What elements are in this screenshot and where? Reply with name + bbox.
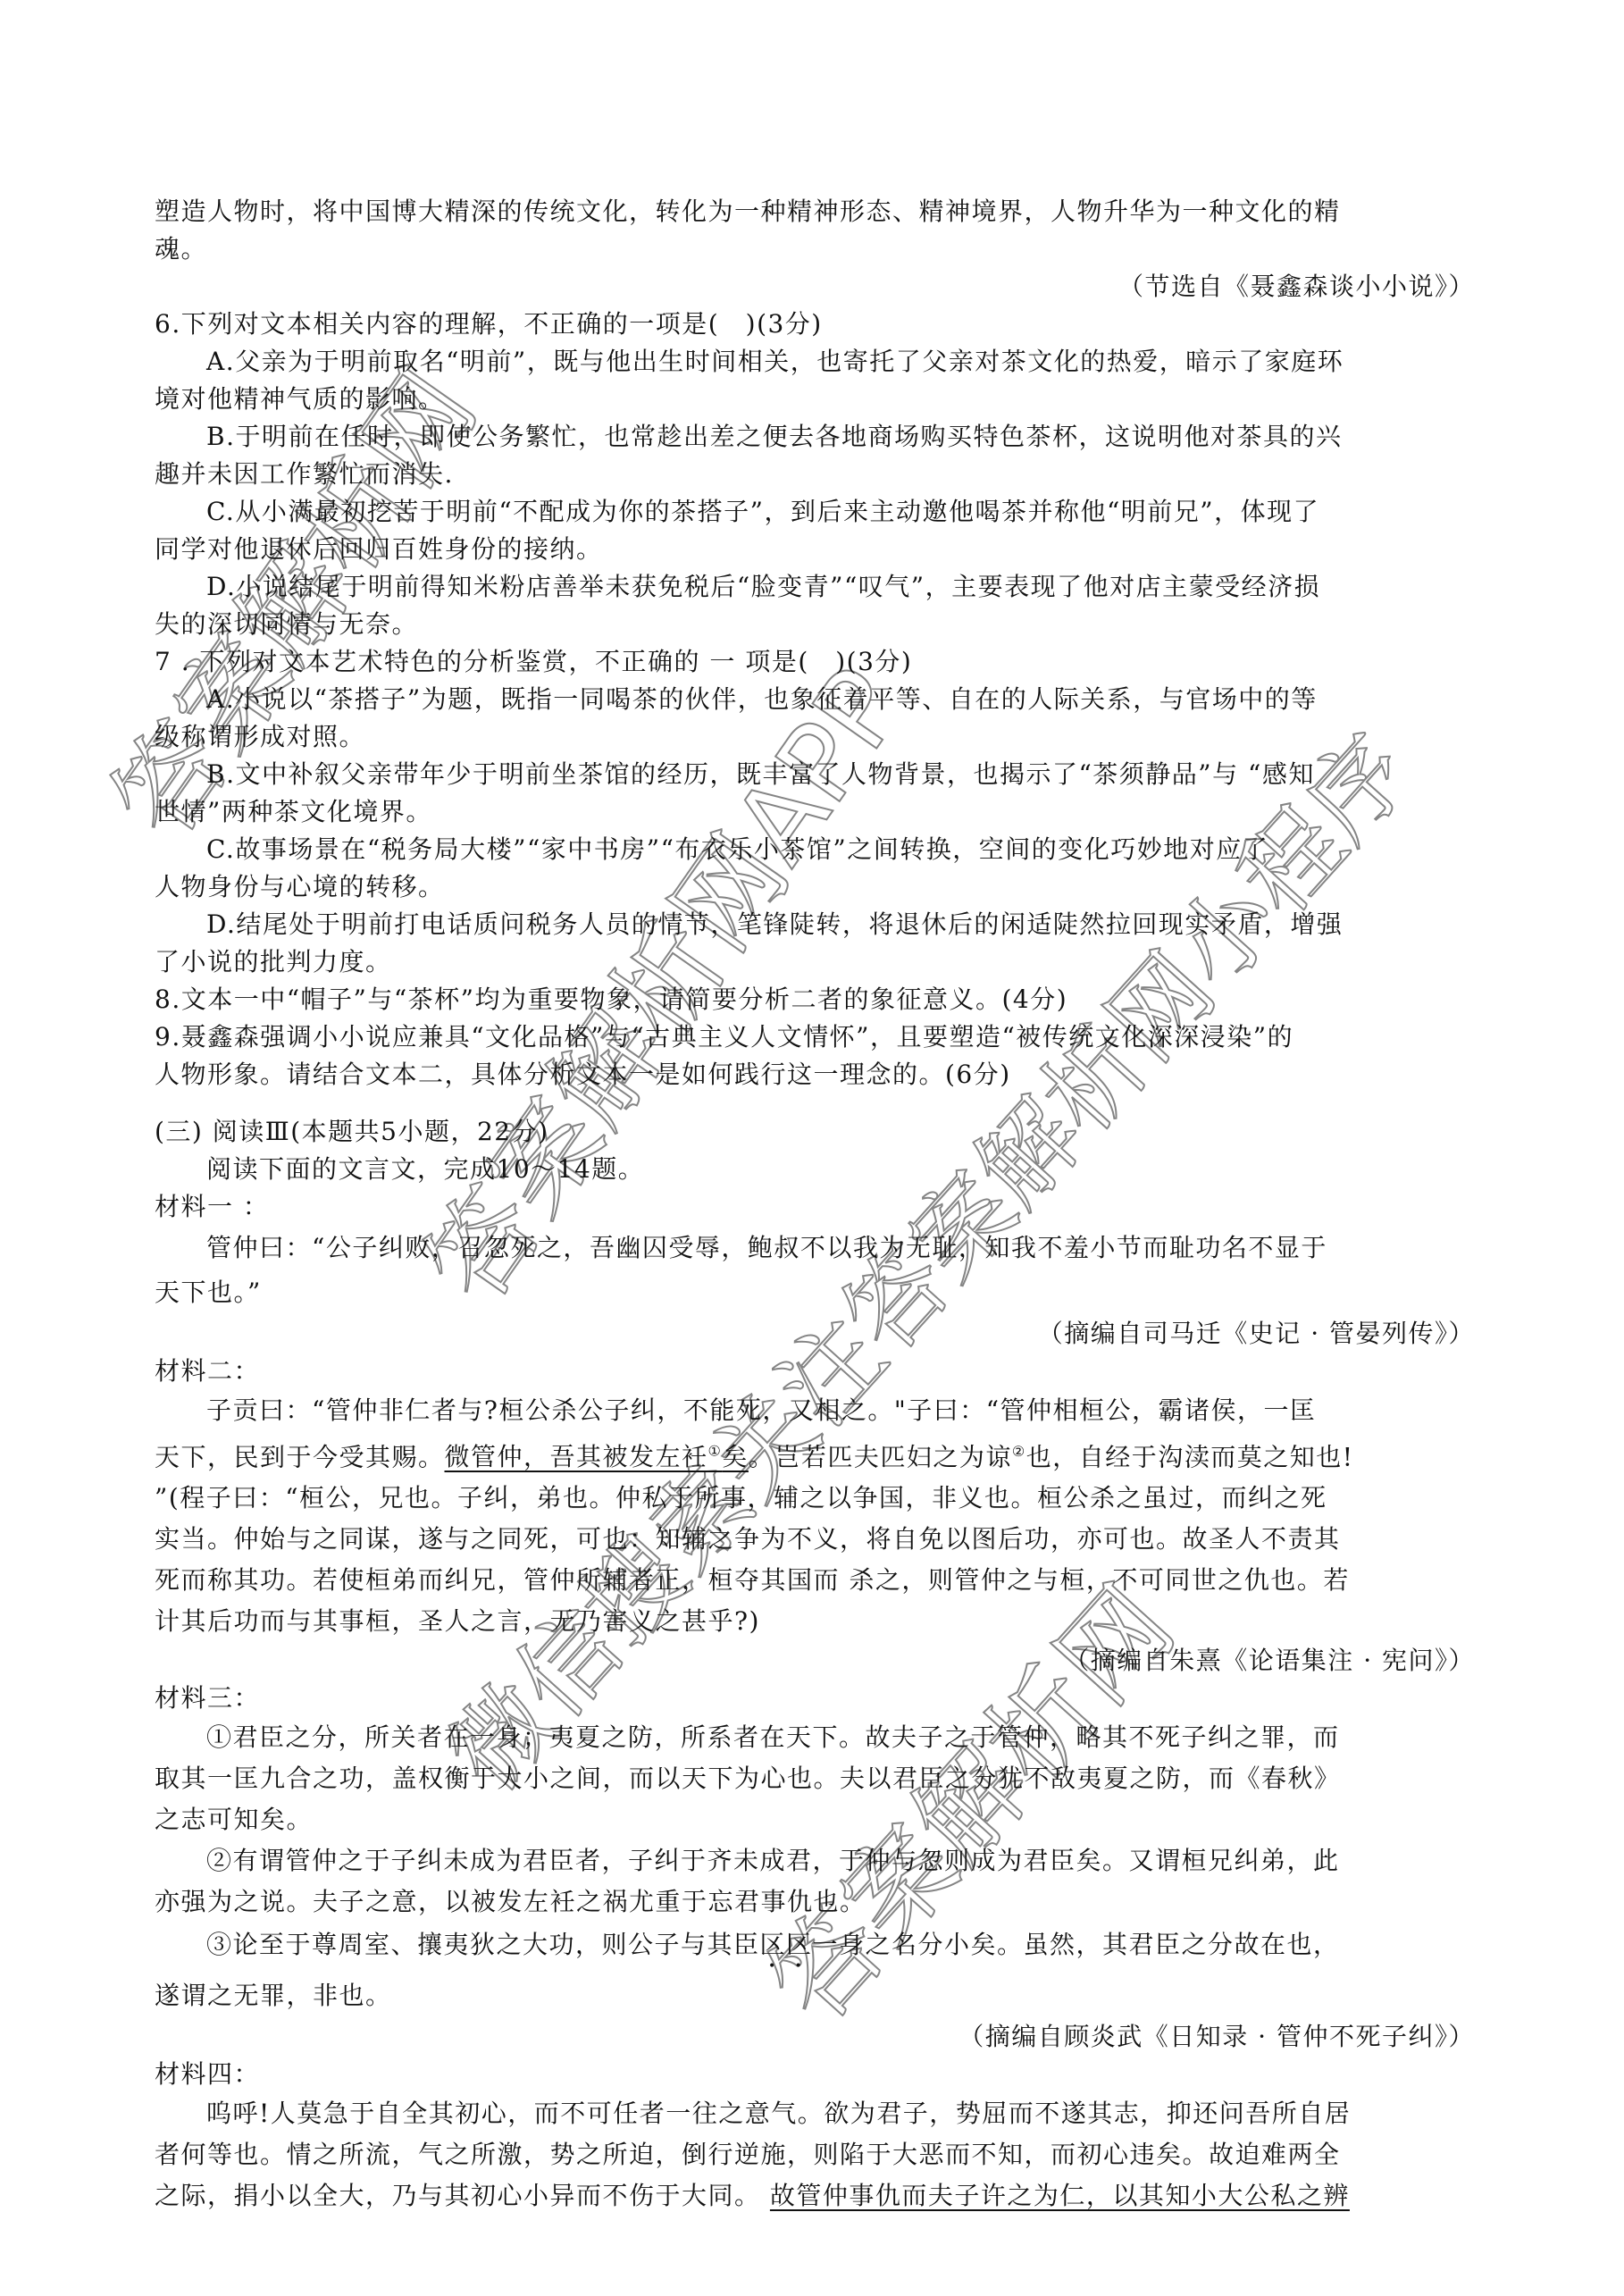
- body-text: 魂。: [155, 230, 1475, 268]
- section-3-title: (三) 阅读Ⅲ(本题共5小题，22分): [155, 1113, 1475, 1151]
- material-2-text: 实当。仲始与之同谋，遂与之同死，可也：知辅之争为不义，将自免以图后功，亦可也。故…: [155, 1519, 1475, 1560]
- source-citation: （摘编自司马迁《史记 · 管晏列传》）: [155, 1315, 1475, 1353]
- q7-option-d-cont: 了小说的批判力度。: [155, 943, 1475, 981]
- underlined-text: 故管仲事仇而夫子许之为仁，以其知小大公私之辨: [770, 2181, 1350, 2210]
- material-1-label: 材料一 ：: [155, 1188, 1475, 1226]
- material-4-label: 材料四：: [155, 2056, 1475, 2093]
- q6-option-b-cont: 趣并未因工作繁忙而消失.: [155, 456, 1475, 493]
- text-span: 之际，捐小以全大，乃与其初心小异而不伤于大同。: [155, 2181, 770, 2210]
- question-7-stem: 7 . 下列对文本艺术特色的分析鉴赏，不正确的 一 项是( )(3分): [155, 643, 1475, 681]
- section-3-instruction: 阅读下面的文言文，完成10～14题。: [155, 1151, 1475, 1188]
- q6-option-a-cont: 境对他精神气质的影响。: [155, 381, 1475, 418]
- material-4-text: 之际，捐小以全大，乃与其初心小异而不伤于大同。 故管仲事仇而夫子许之为仁，以其知…: [155, 2175, 1475, 2216]
- text-span: 一身之名分小矣。虽然，其君臣之分故在也，: [813, 1930, 1340, 1959]
- material-2-text: 计其后功而与其事桓，圣人之言，无乃害义之甚乎?): [155, 1601, 1475, 1642]
- material-3-text: 遂谓之无罪，非也。: [155, 1973, 1475, 2018]
- source-citation: （节选自《聂鑫森谈小小说》）: [155, 268, 1475, 306]
- material-3-text: 亦强为之说。夫子之意，以被发左衽之祸尤重于忘君事仇也。: [155, 1881, 1475, 1923]
- q6-option-c-cont: 同学对他退休后回归百姓身份的接纳。: [155, 531, 1475, 568]
- body-text: 塑造人物时，将中国博大精深的传统文化，转化为一种精神形态、精神境界，人物升华为一…: [155, 193, 1475, 230]
- document-page: 塑造人物时，将中国博大精深的传统文化，转化为一种精神形态、精神境界，人物升华为一…: [155, 193, 1475, 2216]
- q7-option-a: A.小说以“茶搭子”为题，既指一同喝茶的伙伴，也象征着平等、自在的人际关系，与官…: [155, 681, 1475, 718]
- source-citation: （摘编自朱熹《论语集注 · 宪问》）: [155, 1642, 1475, 1680]
- text-span: 天下，民到于今受其赐。: [155, 1442, 445, 1471]
- material-3-text: 取其一匡九合之功，盖权衡于大小之间，而以天下为心也。夫以君臣之分犹不敌夷夏之防，…: [155, 1758, 1475, 1799]
- material-3-text: ③论至于尊周室、攘夷狄之大功，则公子与其臣区区一身之名分小矣。虽然，其君臣之分故…: [155, 1923, 1475, 1973]
- q6-option-d-cont: 失的深切同情与无奈。: [155, 606, 1475, 643]
- footnote-marker: ②: [1012, 1443, 1026, 1460]
- material-2-label: 材料二：: [155, 1353, 1475, 1390]
- question-9: 9.聂鑫森强调小小说应兼具“文化品格”与“古典主义人文情怀”，且要塑造“被传统文…: [155, 1018, 1475, 1056]
- emphasized-text: 区区: [760, 1930, 813, 1959]
- text-span: ③论至于尊周室、攘夷狄之大功，则公子与其臣: [206, 1930, 760, 1959]
- q7-option-d: D.结尾处于明前打电话质问税务人员的情节，笔锋陡转，将退休后的闲适陡然拉回现实矛…: [155, 906, 1475, 943]
- material-4-text: 呜呼!人莫急于自全其初心，而不可任者一往之意气。欲为君子，势屈而不遂其志，抑还问…: [155, 2093, 1475, 2134]
- material-3-text: 之志可知矣。: [155, 1799, 1475, 1840]
- text-span: 矣: [722, 1442, 749, 1471]
- material-3-label: 材料三：: [155, 1680, 1475, 1717]
- q7-option-b: B.文中补叙父亲带年少于明前坐茶馆的经历，既丰富了人物背景，也揭示了“茶须静品”…: [155, 756, 1475, 793]
- question-9-cont: 人物形象。请结合文本二，具体分析文本一是如何践行这一理念的。(6分): [155, 1056, 1475, 1094]
- question-8: 8.文本一中“帽子”与“茶杯”均为重要物象，请简要分析二者的象征意义。(4分): [155, 981, 1475, 1018]
- material-3-text: ②有谓管仲之于子纠未成为君臣者，子纠于齐未成君，于仲与忽则成为君臣矣。又谓桓兄纠…: [155, 1840, 1475, 1881]
- q7-option-b-cont: 世情”两种茶文化境界。: [155, 793, 1475, 831]
- source-citation: （摘编自顾炎武《日知录 · 管仲不死子纠》）: [155, 2018, 1475, 2056]
- text-span: 微管仲，吾其被发左衽: [445, 1442, 708, 1471]
- q6-option-c: C.从小满最初挖苦于明前“不配成为你的茶搭子”，到后来主动邀他喝茶并称他“明前兄…: [155, 493, 1475, 531]
- text-span: 。岂若匹夫匹妇之为谅: [749, 1442, 1012, 1471]
- q6-option-b: B.于明前在任时，即使公务繁忙，也常趁出差之便去各地商场购买特色茶杯，这说明他对…: [155, 418, 1475, 456]
- q7-option-c: C.故事场景在“税务局大楼”“家中书房”“布衣乐小茶馆”之间转换，空间的变化巧妙…: [155, 831, 1475, 868]
- material-4-text: 者何等也。情之所流，气之所激，势之所迫，倒行逆施，则陷于大恶而不知，而初心违矣。…: [155, 2134, 1475, 2175]
- material-2-text: 天下，民到于今受其赐。微管仲，吾其被发左衽①矣。岂若匹夫匹妇之为谅②也，自经于沟…: [155, 1431, 1475, 1478]
- q7-option-a-cont: 级称谓形成对照。: [155, 718, 1475, 756]
- material-2-text: ”(程子曰：“桓公，兄也。子纠，弟也。仲私于所事，辅之以争国，非义也。桓公杀之虽…: [155, 1478, 1475, 1519]
- q7-option-c-cont: 人物身份与心境的转移。: [155, 868, 1475, 906]
- material-1-text: 管仲曰：“公子纠败，召忽死之，吾幽囚受辱，鲍叔不以我为无耻，知我不羞小节而耻功名…: [155, 1226, 1475, 1270]
- question-6-stem: 6.下列对文本相关内容的理解，不正确的一项是( )(3分): [155, 306, 1475, 343]
- text-span: 也，自经于沟渎而莫之知也!: [1026, 1442, 1354, 1471]
- material-2-text: 子贡曰：“管仲非仁者与?桓公杀公子纠，不能死，又相之。"子曰：“管仲相桓公，霸诸…: [155, 1390, 1475, 1431]
- material-2-text: 死而称其功。若使桓弟而纠兄，管仲所辅者正，桓夺其国而 杀之，则管仲之与桓，不可同…: [155, 1560, 1475, 1601]
- q6-option-d: D.小说结尾于明前得知米粉店善举未获免税后“脸变青”“叹气”，主要表现了他对店主…: [155, 568, 1475, 606]
- material-3-text: ①君臣之分，所关者在一身；夷夏之防，所系者在天下。故夫子之于管仲，略其不死子纠之…: [155, 1717, 1475, 1758]
- q6-option-a: A.父亲为于明前取名“明前”，既与他出生时间相关，也寄托了父亲对茶文化的热爱，暗…: [155, 343, 1475, 381]
- material-1-text: 天下也。”: [155, 1270, 1475, 1315]
- underlined-text: 微管仲，吾其被发左衽①矣: [445, 1442, 749, 1471]
- footnote-marker: ①: [708, 1443, 723, 1460]
